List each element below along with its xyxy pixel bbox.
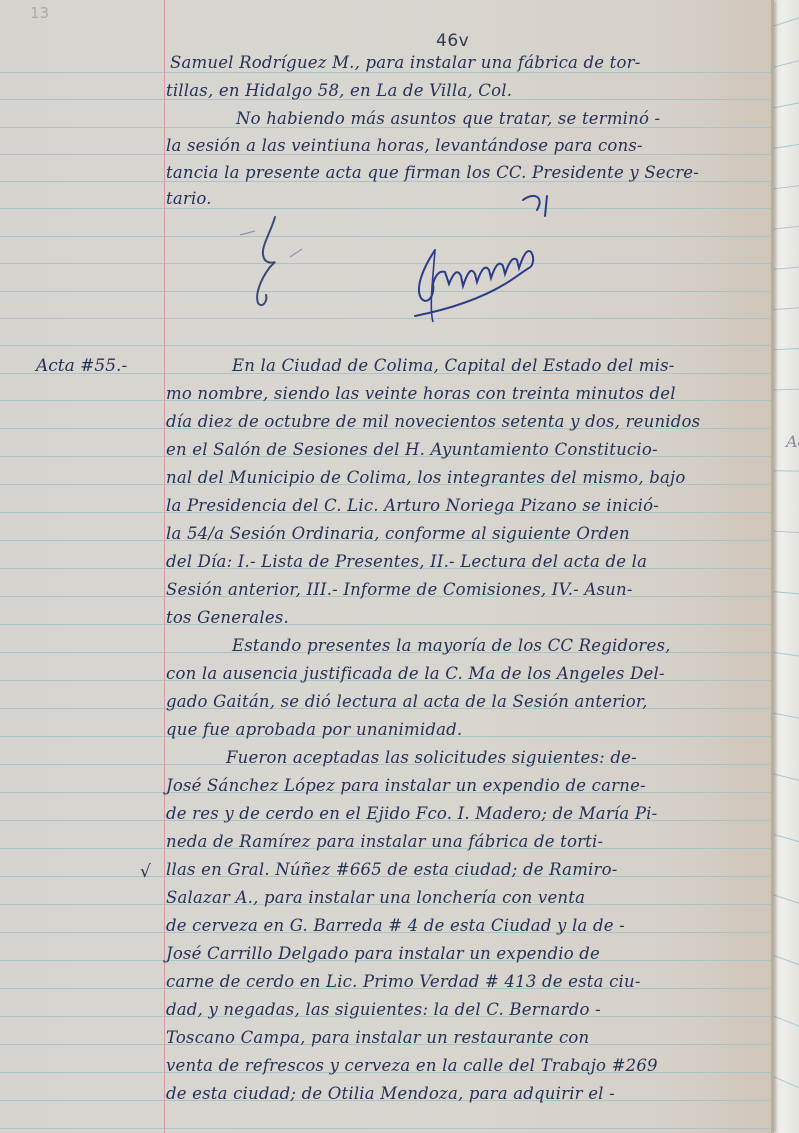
- handwritten-line: carne de cerdo en Lic. Primo Verdad # 41…: [166, 972, 641, 991]
- handwritten-line: En la Ciudad de Colima, Capital del Esta…: [232, 356, 675, 375]
- notebook-page: 13 46v Samuel Rodríguez M., para instala…: [0, 0, 774, 1133]
- handwritten-line: del Día: I.- Lista de Presentes, II.- Le…: [166, 552, 647, 571]
- handwritten-line: la sesión a las veintiuna horas, levantá…: [166, 136, 643, 155]
- handwritten-line: mo nombre, siendo las veinte horas con t…: [166, 384, 676, 403]
- handwritten-line: de res y de cerdo en el Ejido Fco. I. Ma…: [166, 804, 657, 823]
- handwritten-line: dad, y negadas, las siguientes: la del C…: [166, 1000, 601, 1019]
- rule-line: [0, 236, 772, 237]
- handwritten-line: No habiendo más asuntos que tratar, se t…: [236, 109, 660, 128]
- adjacent-page-margin-note: Ac: [786, 432, 799, 451]
- handwritten-line: tos Generales.: [166, 608, 289, 627]
- rule-line: [0, 72, 772, 73]
- handwritten-line: Toscano Campa, para instalar un restaura…: [166, 1028, 589, 1047]
- handwritten-line: gado Gaitán, se dió lectura al acta de l…: [166, 692, 648, 711]
- handwritten-line: Estando presentes la mayoría de los CC R…: [232, 636, 671, 655]
- rule-line: [0, 291, 772, 292]
- handwritten-line: que fue aprobada por unanimidad.: [166, 720, 462, 739]
- page-number: 46v: [436, 31, 469, 51]
- handwritten-line: de cerveza en G. Barreda # 4 de esta Ciu…: [166, 916, 625, 935]
- handwritten-line: nal del Municipio de Colima, los integra…: [166, 468, 685, 487]
- margin-line: [164, 0, 165, 1133]
- rule-line: [0, 318, 772, 319]
- handwritten-line: tario.: [166, 189, 212, 208]
- rule-line: [0, 208, 772, 209]
- signature-secretary: [230, 205, 320, 315]
- rule-line: [0, 1128, 772, 1129]
- handwritten-line: Samuel Rodríguez M., para instalar una f…: [170, 53, 641, 72]
- rule-line: [0, 624, 772, 625]
- handwritten-line: la Presidencia del C. Lic. Arturo Norieg…: [166, 496, 659, 515]
- handwritten-line: tillas, en Hidalgo 58, en La de Villa, C…: [166, 81, 512, 100]
- handwritten-line: José Carrillo Delgado para instalar un e…: [166, 944, 600, 963]
- handwritten-line: llas en Gral. Núñez #665 de esta ciudad;…: [166, 860, 618, 879]
- handwritten-line: de esta ciudad; de Otilia Mendoza, para …: [166, 1084, 615, 1103]
- handwritten-line: venta de refrescos y cerveza en la calle…: [166, 1056, 658, 1075]
- rule-line: [0, 345, 772, 346]
- signature-president: [405, 188, 585, 328]
- handwritten-line: José Sánchez López para instalar un expe…: [166, 776, 646, 795]
- handwritten-line: en el Salón de Sesiones del H. Ayuntamie…: [166, 440, 658, 459]
- handwritten-line: Sesión anterior, III.- Informe de Comisi…: [166, 580, 633, 599]
- handwritten-line: con la ausencia justificada de la C. Ma …: [166, 664, 665, 683]
- handwritten-line: neda de Ramírez para instalar una fábric…: [166, 832, 603, 851]
- handwritten-line: Salazar A., para instalar una lonchería …: [166, 888, 585, 907]
- handwritten-line: Fueron aceptadas las solicitudes siguien…: [226, 748, 637, 767]
- acta-number-label: Acta #55.-: [36, 356, 127, 376]
- handwritten-line: la 54/a Sesión Ordinaria, conforme al si…: [166, 524, 630, 543]
- handwritten-line: día diez de octubre de mil novecientos s…: [166, 412, 700, 431]
- check-mark-icon: √: [140, 862, 151, 882]
- corner-mark: 13: [30, 4, 49, 22]
- handwritten-line: tancia la presente acta que firman los C…: [166, 163, 699, 182]
- page-edge: [771, 0, 774, 1133]
- rule-line: [0, 263, 772, 264]
